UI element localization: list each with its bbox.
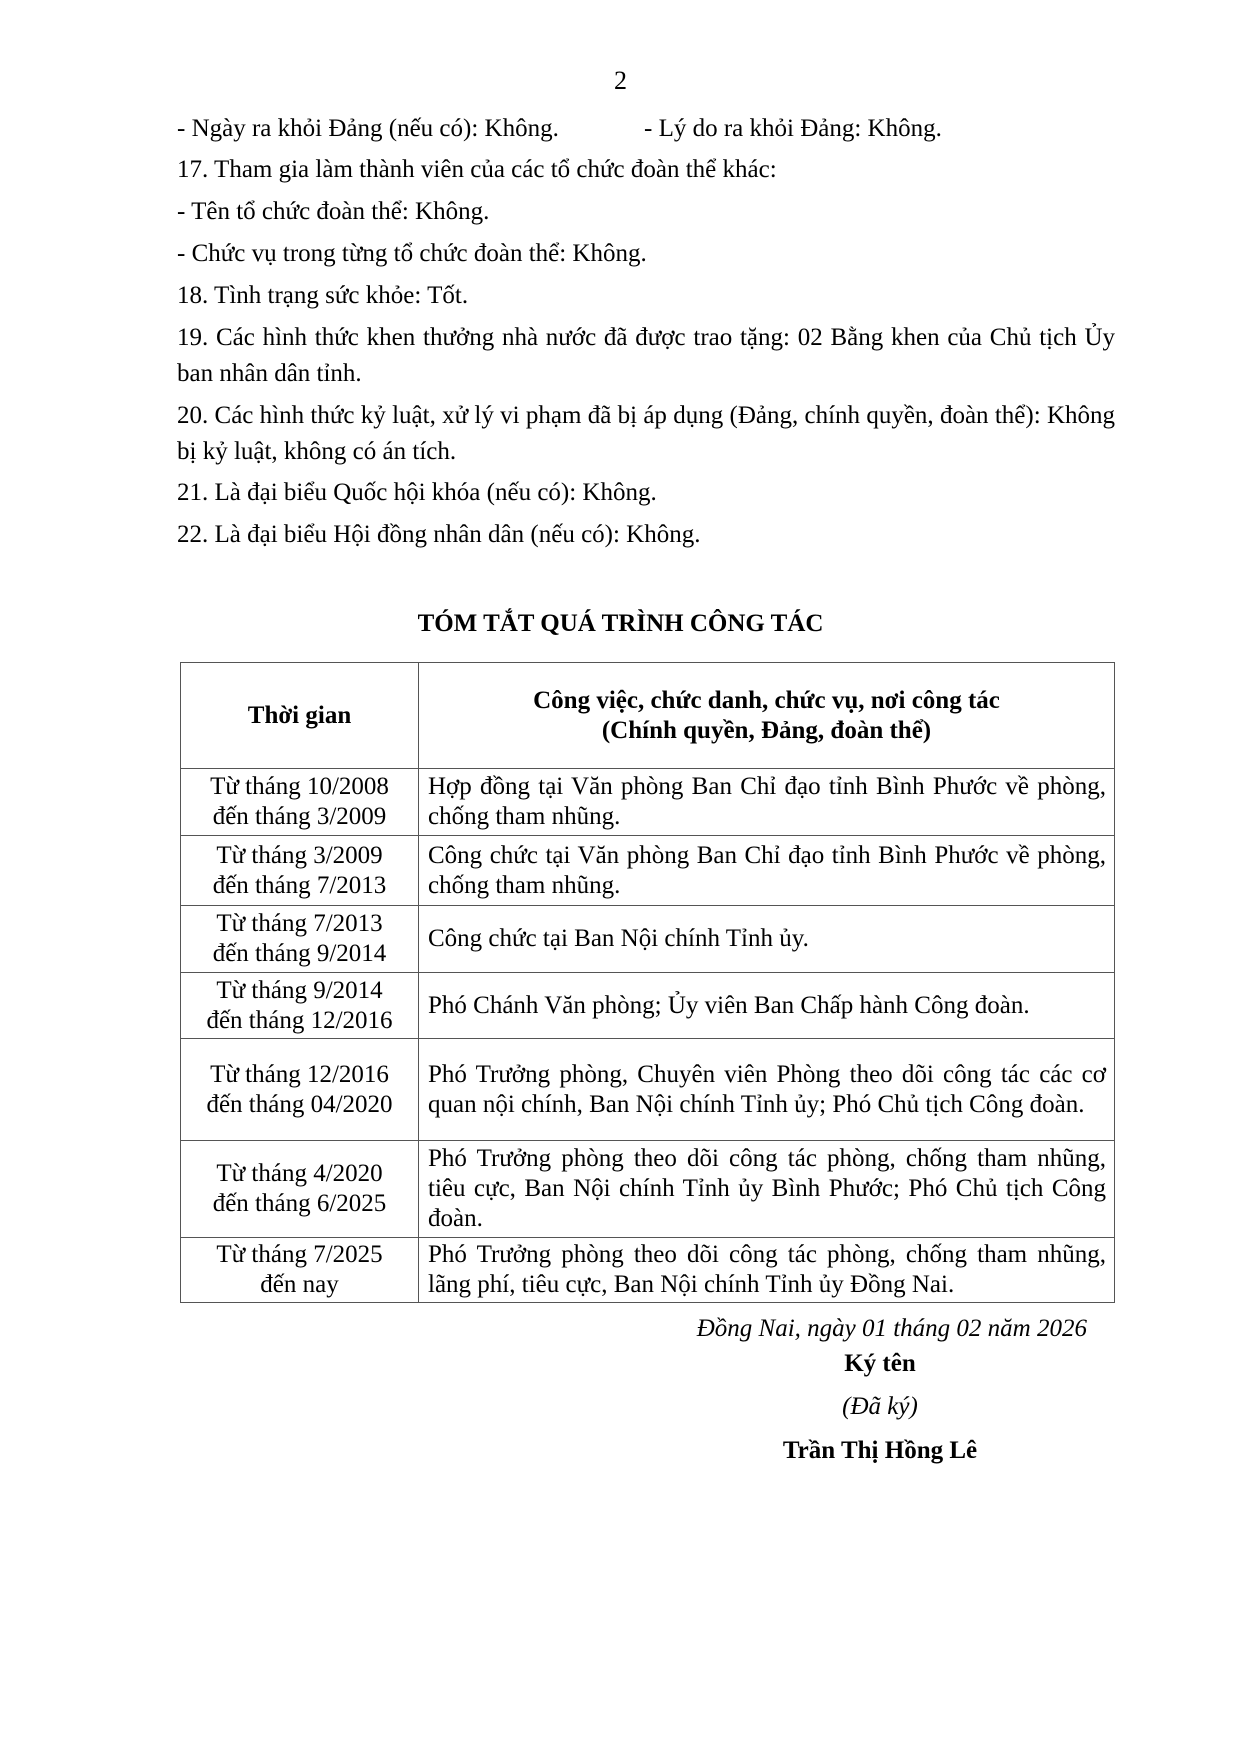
header-description-line1: Công việc, chức danh, chức vụ, nơi công … (420, 686, 1113, 716)
period-cell: Từ tháng 12/2016 đến tháng 04/2020 (181, 1039, 419, 1141)
period-to: đến tháng 7/2013 (185, 871, 414, 901)
description-cell: Phó Trưởng phòng theo dõi công tác phòng… (419, 1238, 1115, 1303)
party-exit-date: - Ngày ra khỏi Đảng (nếu có): Không. (177, 115, 559, 142)
item-17: 17. Tham gia làm thành viên của các tổ c… (177, 152, 777, 188)
period-cell: Từ tháng 10/2008 đến tháng 3/2009 (181, 769, 419, 836)
table-header-row: Thời gian Công việc, chức danh, chức vụ,… (181, 663, 1115, 769)
table-row: Từ tháng 7/2025 đến nay Phó Trưởng phòng… (181, 1238, 1115, 1303)
period-to: đến nay (185, 1270, 414, 1300)
period-from: Từ tháng 9/2014 (185, 976, 414, 1006)
period-from: Từ tháng 4/2020 (185, 1159, 414, 1189)
period-cell: Từ tháng 7/2013 đến tháng 9/2014 (181, 906, 419, 973)
description-cell: Phó Chánh Văn phòng; Ủy viên Ban Chấp hà… (419, 973, 1115, 1039)
table-row: Từ tháng 4/2020 đến tháng 6/2025 Phó Trư… (181, 1141, 1115, 1238)
period-cell: Từ tháng 3/2009 đến tháng 7/2013 (181, 836, 419, 906)
description-cell: Công chức tại Văn phòng Ban Chỉ đạo tỉnh… (419, 836, 1115, 906)
party-exit-reason: - Lý do ra khỏi Đảng: Không. (644, 111, 942, 147)
period-to: đến tháng 9/2014 (185, 939, 414, 969)
work-history-table: Thời gian Công việc, chức danh, chức vụ,… (180, 662, 1115, 1303)
table-row: Từ tháng 7/2013 đến tháng 9/2014 Công ch… (181, 906, 1115, 973)
period-from: Từ tháng 7/2025 (185, 1240, 414, 1270)
header-description: Công việc, chức danh, chức vụ, nơi công … (419, 663, 1115, 769)
signature-place-date: Đồng Nai, ngày 01 tháng 02 năm 2026 (0, 1315, 1087, 1343)
period-cell: Từ tháng 4/2020 đến tháng 6/2025 (181, 1141, 419, 1238)
period-to: đến tháng 12/2016 (185, 1006, 414, 1036)
item-18: 18. Tình trạng sức khỏe: Tốt. (177, 278, 468, 314)
signer-name: Trần Thị Hồng Lê (720, 1437, 1040, 1465)
item-22: 22. Là đại biểu Hội đồng nhân dân (nếu c… (177, 517, 701, 553)
item-21: 21. Là đại biểu Quốc hội khóa (nếu có): … (177, 475, 657, 511)
table-row: Từ tháng 3/2009 đến tháng 7/2013 Công ch… (181, 836, 1115, 906)
period-from: Từ tháng 7/2013 (185, 909, 414, 939)
period-to: đến tháng 6/2025 (185, 1189, 414, 1219)
description-cell: Hợp đồng tại Văn phòng Ban Chỉ đạo tỉnh … (419, 769, 1115, 836)
period-from: Từ tháng 3/2009 (185, 841, 414, 871)
period-cell: Từ tháng 9/2014 đến tháng 12/2016 (181, 973, 419, 1039)
work-history-title: TÓM TẮT QUÁ TRÌNH CÔNG TÁC (0, 610, 1241, 638)
description-cell: Phó Trưởng phòng theo dõi công tác phòng… (419, 1141, 1115, 1238)
period-from: Từ tháng 12/2016 (185, 1060, 414, 1090)
party-exit-line: - Ngày ra khỏi Đảng (nếu có): Không. - L… (177, 111, 1115, 147)
description-cell: Công chức tại Ban Nội chính Tỉnh ủy. (419, 906, 1115, 973)
period-from: Từ tháng 10/2008 (185, 772, 414, 802)
item-19: 19. Các hình thức khen thưởng nhà nước đ… (177, 320, 1115, 392)
header-time: Thời gian (181, 663, 419, 769)
period-cell: Từ tháng 7/2025 đến nay (181, 1238, 419, 1303)
signature-title: Ký tên (720, 1350, 1040, 1378)
item-20: 20. Các hình thức kỷ luật, xử lý vi phạm… (177, 398, 1115, 470)
period-to: đến tháng 04/2020 (185, 1090, 414, 1120)
period-to: đến tháng 3/2009 (185, 802, 414, 832)
header-description-line2: (Chính quyền, Đảng, đoàn thể) (420, 716, 1113, 746)
signature-note: (Đã ký) (720, 1393, 1040, 1421)
table-row: Từ tháng 12/2016 đến tháng 04/2020 Phó T… (181, 1039, 1115, 1141)
page-number: 2 (0, 66, 1241, 96)
table-row: Từ tháng 9/2014 đến tháng 12/2016 Phó Ch… (181, 973, 1115, 1039)
description-cell: Phó Trưởng phòng, Chuyên viên Phòng theo… (419, 1039, 1115, 1141)
item-17-org-name: - Tên tổ chức đoàn thể: Không. (177, 194, 489, 230)
item-17-position: - Chức vụ trong từng tổ chức đoàn thể: K… (177, 236, 647, 272)
table-row: Từ tháng 10/2008 đến tháng 3/2009 Hợp đồ… (181, 769, 1115, 836)
